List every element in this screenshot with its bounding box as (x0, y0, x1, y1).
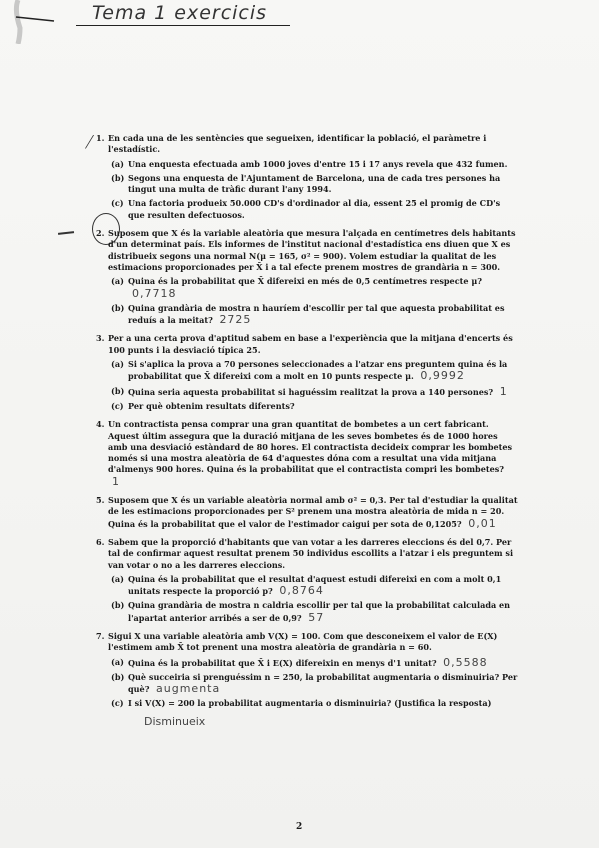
handwritten-answer: Disminueix (108, 716, 518, 727)
exercise-part: (c) Per què obtenim resultats diferents? (108, 401, 518, 412)
part-text: Quina seria aquesta probabilitat si hagu… (128, 387, 493, 397)
exercise-4: 4. Un contractista pensa comprar una gra… (108, 419, 518, 488)
exercise-part: (b) Quina seria aquesta probabilitat si … (108, 386, 518, 398)
handwritten-answer: 57 (308, 611, 324, 624)
part-label: (a) (111, 276, 124, 287)
exercise-part: (a) Quina és la probabilitat que X̄ i E(… (108, 657, 518, 669)
exercise-part: (a) Si s'aplica la prova a 70 persones s… (108, 359, 518, 383)
part-text: Quina grandària de mostra n hauríem d'es… (128, 303, 505, 325)
handwritten-answer: augmenta (156, 682, 220, 695)
part-label: (c) (111, 401, 124, 412)
exercise-part: (b) Quina grandària de mostra n hauríem … (108, 303, 518, 327)
exercise-5: 5. Suposem que X és un variable aleatòri… (108, 495, 518, 530)
part-label: (b) (111, 672, 124, 683)
part-text: Per què obtenim resultats diferents? (128, 401, 295, 411)
handwritten-answer: 2725 (219, 313, 251, 326)
page-number: 2 (296, 822, 302, 832)
part-label: (a) (111, 359, 124, 370)
part-label: (a) (111, 574, 124, 585)
handwritten-answer: 0,7718 (132, 287, 177, 300)
exercise-text: Suposem que X és la variable aleatòria q… (108, 228, 516, 272)
exercise-number: 2. (96, 228, 104, 239)
exercise-number: 6. (96, 537, 104, 548)
exercise-number: 7. (96, 631, 104, 642)
scanned-page: Tema 1 exercicis ⁄ 1. En cada una de les… (0, 0, 599, 848)
exercise-part: (a) Quina és la probabilitat que X̄ dife… (108, 276, 518, 300)
exercise-text: En cada una de les sentències que seguei… (108, 133, 486, 154)
part-text: I si V(X) = 200 la probabilitat augmenta… (128, 698, 491, 708)
part-label: (b) (111, 303, 124, 314)
part-label: (b) (111, 386, 124, 397)
exercise-part: (c) Una factoria produeix 50.000 CD's d'… (108, 198, 518, 221)
part-text: Una enquesta efectuada amb 1000 joves d'… (128, 159, 507, 169)
exercise-text: Un contractista pensa comprar una gran q… (108, 419, 512, 474)
part-text: Quina és la probabilitat que X̄ i E(X) d… (128, 658, 437, 668)
handwritten-answer: 1 (112, 475, 120, 488)
exercise-2: 2. Suposem que X és la variable aleatòri… (108, 228, 518, 326)
exercise-number: 4. (96, 419, 104, 430)
handwritten-answer: 0,01 (468, 517, 497, 530)
exercise-part: (b) Segons una enquesta de l'Ajuntament … (108, 173, 518, 196)
part-label: (a) (111, 159, 124, 170)
part-text: Una factoria produeix 50.000 CD's d'ordi… (128, 198, 500, 219)
handwritten-answer: 0,5588 (443, 656, 488, 669)
title-underline (76, 25, 290, 26)
part-text: Segons una enquesta de l'Ajuntament de B… (128, 173, 500, 194)
exercise-text: Sigui X una variable aleatòria amb V(X) … (108, 631, 497, 652)
part-label: (a) (111, 657, 124, 668)
exercise-part: (c) I si V(X) = 200 la probabilitat augm… (108, 698, 518, 709)
exercise-number: 1. (96, 133, 104, 144)
handwritten-answer: 0,8764 (279, 584, 324, 597)
part-label: (b) (111, 173, 124, 184)
exercise-text: Suposem que X és un variable aleatòria n… (108, 495, 518, 529)
exercise-number: 5. (96, 495, 104, 506)
exercise-3: 3. Per a una certa prova d'aptitud sabem… (108, 333, 518, 412)
exercise-6: 6. Sabem que la proporció d'habitants qu… (108, 537, 518, 624)
exercise-list: 1. En cada una de les sentències que seg… (108, 133, 518, 734)
exercise-part: (b) Què succeiria si prenguéssim n = 250… (108, 672, 518, 696)
exercise-part: (a) Una enquesta efectuada amb 1000 jove… (108, 159, 518, 170)
exercise-part: (b) Quina grandària de mostra n caldria … (108, 600, 518, 624)
handwritten-answer: 1 (500, 385, 508, 398)
part-label: (c) (111, 698, 124, 709)
part-text: Quina és la probabilitat que X̄ difereix… (128, 276, 482, 286)
exercise-text: Sabem que la proporció d'habitants que v… (108, 537, 513, 570)
exercise-1: 1. En cada una de les sentències que seg… (108, 133, 518, 221)
exercise-text: Per a una certa prova d'aptitud sabem en… (108, 333, 513, 354)
exercise-part: (a) Quina és la probabilitat que el resu… (108, 574, 518, 598)
exercise-7: 7. Sigui X una variable aleatòria amb V(… (108, 631, 518, 727)
exercise-number: 3. (96, 333, 104, 344)
part-label: (c) (111, 198, 124, 209)
hole-punch-mark-icon (6, 0, 56, 44)
handwritten-answer: 0,9992 (420, 369, 465, 382)
page-title: Tema 1 exercicis (92, 2, 267, 24)
margin-dash-mark (58, 231, 74, 234)
checkmark-icon: ⁄ (88, 132, 91, 153)
part-label: (b) (111, 600, 124, 611)
